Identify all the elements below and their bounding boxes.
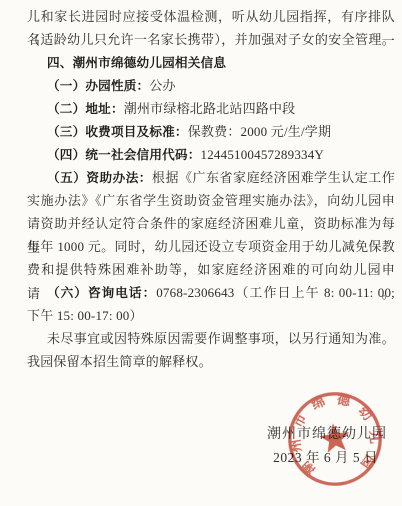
line-bold-label: （六）咨询电话： (47, 286, 156, 300)
line-text: 潮州市绿榕北路北站四路中段 (124, 101, 296, 116)
line-bold-label: （三）收费项目及标准： (47, 125, 188, 139)
line-text: 下午 15: 00-17: 00） (27, 308, 143, 323)
line-bold-label: （四）统一社会信用代码： (47, 148, 201, 162)
text-line: 我园保留本招生简章的解释权。 (27, 350, 395, 373)
text-line: 每年 1000 元。同时，幼儿园还设立专项资金用于幼儿减免保教 (27, 235, 395, 258)
text-line: 请资助并经认定符合条件的家庭经济困难儿童，资助标准为每生 (27, 212, 395, 235)
line-text: 每年 1000 元。同时，幼儿园还设立专项资金用于幼儿减免保教 (27, 239, 395, 254)
line-bold-label: （一）办园性质： (47, 79, 149, 93)
line-text: 实施办法》《广东省学生资助资金管理实施办法》，向幼儿园申 (27, 193, 395, 208)
line-text: 保教费：2000 元/生/学期 (188, 124, 331, 139)
text-line: 名适龄幼儿只允许一名家长携带），并加强对子女的安全管理。 (27, 28, 395, 51)
line-text: 12445100457289334Y (201, 147, 325, 162)
signature-org: 潮州市绵德幼儿园 (267, 426, 387, 444)
text-line: 四、潮州市绵德幼儿园相关信息 (27, 51, 395, 74)
line-text: 未尽事宜或因特殊原因需要作调整事项，以另行通知为准。 (47, 331, 395, 346)
text-line: （六）咨询电话：0768-2306643（工作日上午 8: 00-11: 00; (27, 281, 395, 304)
line-text: 我园保留本招生简章的解释权。 (27, 354, 212, 369)
scanned-admission-notice-page: 儿和家长进园时应接受体温检测，听从幼儿园指挥，有序排队（一名适龄幼儿只允许一名家… (0, 0, 402, 506)
line-text: 根据《广东省家庭经济困难学生认定工作 (152, 170, 395, 185)
text-line: （四）统一社会信用代码：12445100457289334Y (27, 143, 395, 166)
text-line: （五）资助办法：根据《广东省家庭经济困难学生认定工作 (27, 166, 395, 189)
text-line: （三）收费项目及标准：保教费：2000 元/生/学期 (27, 120, 395, 143)
text-line: 实施办法》《广东省学生资助资金管理实施办法》，向幼儿园申 (27, 189, 395, 212)
line-text: 0768-2306643（工作日上午 8: 00-11: 00; (156, 285, 395, 300)
text-line: 费和提供特殊困难补助等，如家庭经济困难的可向幼儿园申请。 (27, 258, 395, 281)
document-body: 儿和家长进园时应接受体温检测，听从幼儿园指挥，有序排队（一名适龄幼儿只允许一名家… (27, 5, 395, 373)
signature-date: 2023 年 6 月 5 日 (273, 449, 378, 467)
text-line: （二）地址：潮州市绿榕北路北站四路中段 (27, 97, 395, 120)
text-line: （一）办园性质：公办 (27, 74, 395, 97)
line-bold-label: （二）地址： (47, 102, 124, 116)
line-bold-label: 四、潮州市绵德幼儿园相关信息 (47, 56, 226, 70)
text-line: 下午 15: 00-17: 00） (27, 304, 395, 327)
text-line: 未尽事宜或因特殊原因需要作调整事项，以另行通知为准。 (27, 327, 395, 350)
line-text: 名适龄幼儿只允许一名家长携带），并加强对子女的安全管理。 (27, 32, 395, 47)
line-bold-label: （五）资助办法： (47, 171, 152, 185)
text-line: 儿和家长进园时应接受体温检测，听从幼儿园指挥，有序排队（一 (27, 5, 395, 28)
line-text: 公办 (149, 78, 175, 93)
